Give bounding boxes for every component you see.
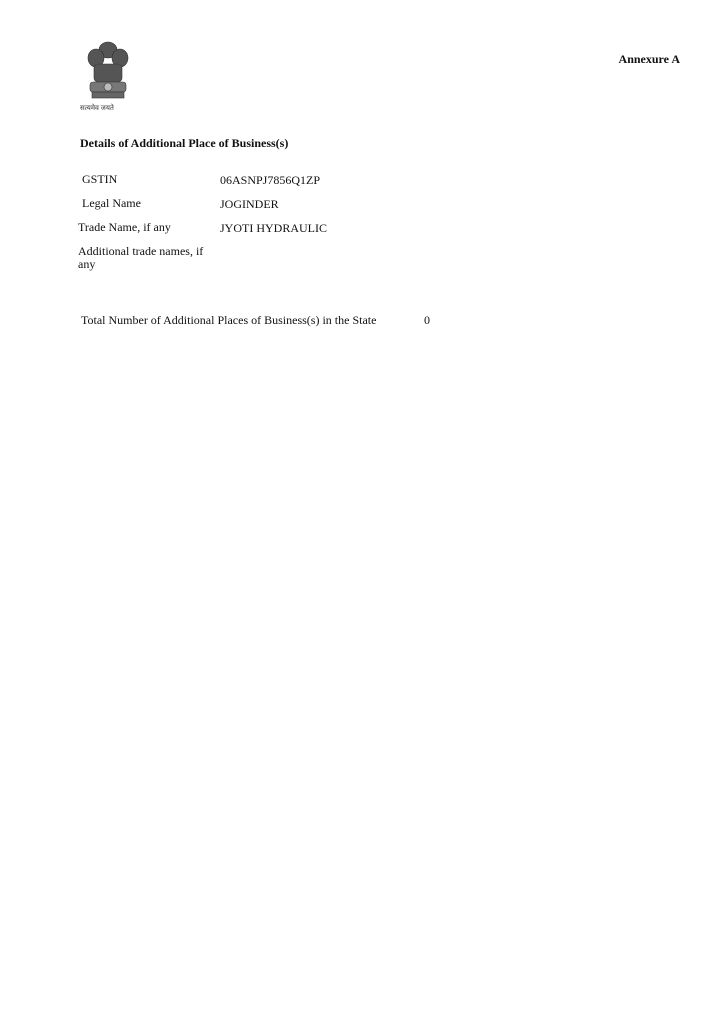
- trade-name-value: JYOTI HYDRAULIC: [220, 221, 327, 236]
- annexure-label: Annexure A: [619, 52, 680, 67]
- section-title: Details of Additional Place of Business(…: [80, 136, 288, 151]
- trade-name-label: Trade Name, if any: [78, 221, 218, 234]
- gstin-label: GSTIN: [82, 173, 222, 186]
- total-places-value: 0: [424, 313, 430, 328]
- total-places-label: Total Number of Additional Places of Bus…: [81, 313, 376, 328]
- legal-name-label: Legal Name: [82, 197, 222, 210]
- legal-name-value: JOGINDER: [220, 197, 279, 212]
- additional-trade-names-label: Additional trade names, if any: [78, 245, 218, 271]
- gstin-value: 06ASNPJ7856Q1ZP: [220, 173, 320, 188]
- emblem-caption: सत्यमेव जयते: [80, 104, 114, 113]
